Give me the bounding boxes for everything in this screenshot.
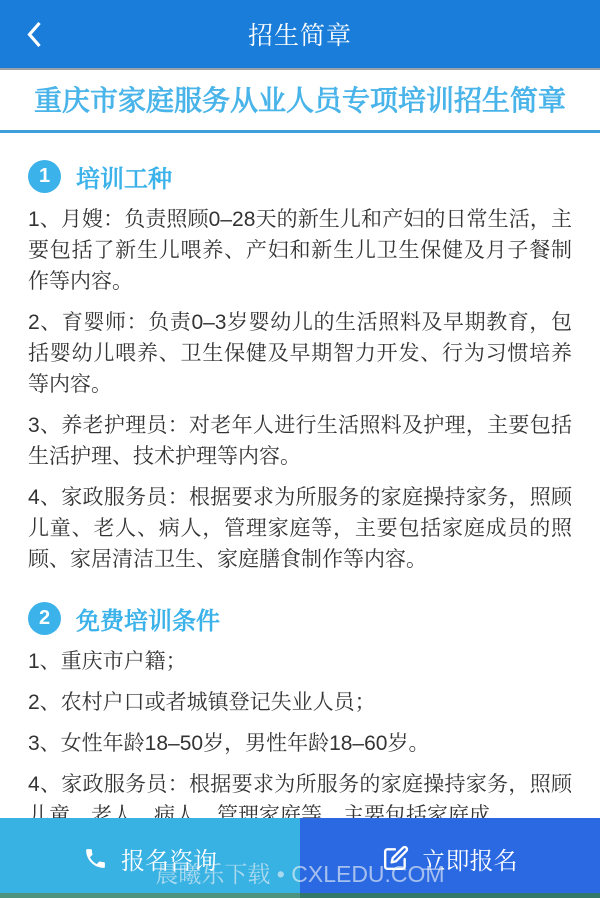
apply-button-label: 立即报名 — [422, 841, 518, 876]
consult-button[interactable]: 报名咨询 — [0, 818, 300, 898]
paragraph: 1、重庆市户籍； — [28, 646, 572, 677]
edit-icon — [383, 845, 409, 871]
paragraph: 2、农村户口或者城镇登记失业人员； — [28, 687, 572, 718]
bottom-strip — [0, 893, 600, 898]
paragraph: 2、育婴师：负责0–3岁婴幼儿的生活照料及早期教育，包括婴幼儿喂养、卫生保健及早… — [28, 307, 572, 400]
page: 招生简章 重庆市家庭服务从业人员专项培训招生简章 1培训工种1、月嫂：负责照顾0… — [0, 0, 600, 898]
apply-button[interactable]: 立即报名 — [300, 818, 600, 898]
section-title: 免费培训条件 — [76, 601, 220, 636]
paragraph: 4、家政服务员：根据要求为所服务的家庭操持家务，照顾儿童、老人、病人，管理家庭等… — [28, 482, 572, 575]
header-bar: 招生简章 — [0, 0, 600, 70]
section-heading: 1培训工种 — [28, 159, 572, 194]
back-button[interactable] — [18, 0, 51, 68]
section-title: 培训工种 — [76, 159, 172, 194]
notice-banner: 重庆市家庭服务从业人员专项培训招生简章 — [0, 70, 600, 133]
paragraph: 3、养老护理员：对老年人进行生活照料及护理，主要包括生活护理、技术护理等内容。 — [28, 410, 572, 472]
notice-content: 1培训工种1、月嫂：负责照顾0–28天的新生儿和产妇的日常生活，主要包括了新生儿… — [0, 159, 600, 831]
footer-bar: 报名咨询 立即报名 — [0, 818, 600, 898]
chevron-left-icon — [26, 20, 43, 49]
phone-icon — [83, 846, 108, 871]
section-number-badge: 2 — [28, 602, 61, 635]
section-heading: 2免费培训条件 — [28, 601, 572, 636]
paragraph: 3、女性年龄18–50岁，男性年龄18–60岁。 — [28, 728, 572, 759]
notice-title: 重庆市家庭服务从业人员专项培训招生简章 — [14, 84, 586, 118]
page-title: 招生简章 — [248, 16, 352, 52]
consult-button-label: 报名咨询 — [121, 841, 217, 876]
section-number-badge: 1 — [28, 160, 61, 193]
paragraph: 1、月嫂：负责照顾0–28天的新生儿和产妇的日常生活，主要包括了新生儿喂养、产妇… — [28, 204, 572, 297]
